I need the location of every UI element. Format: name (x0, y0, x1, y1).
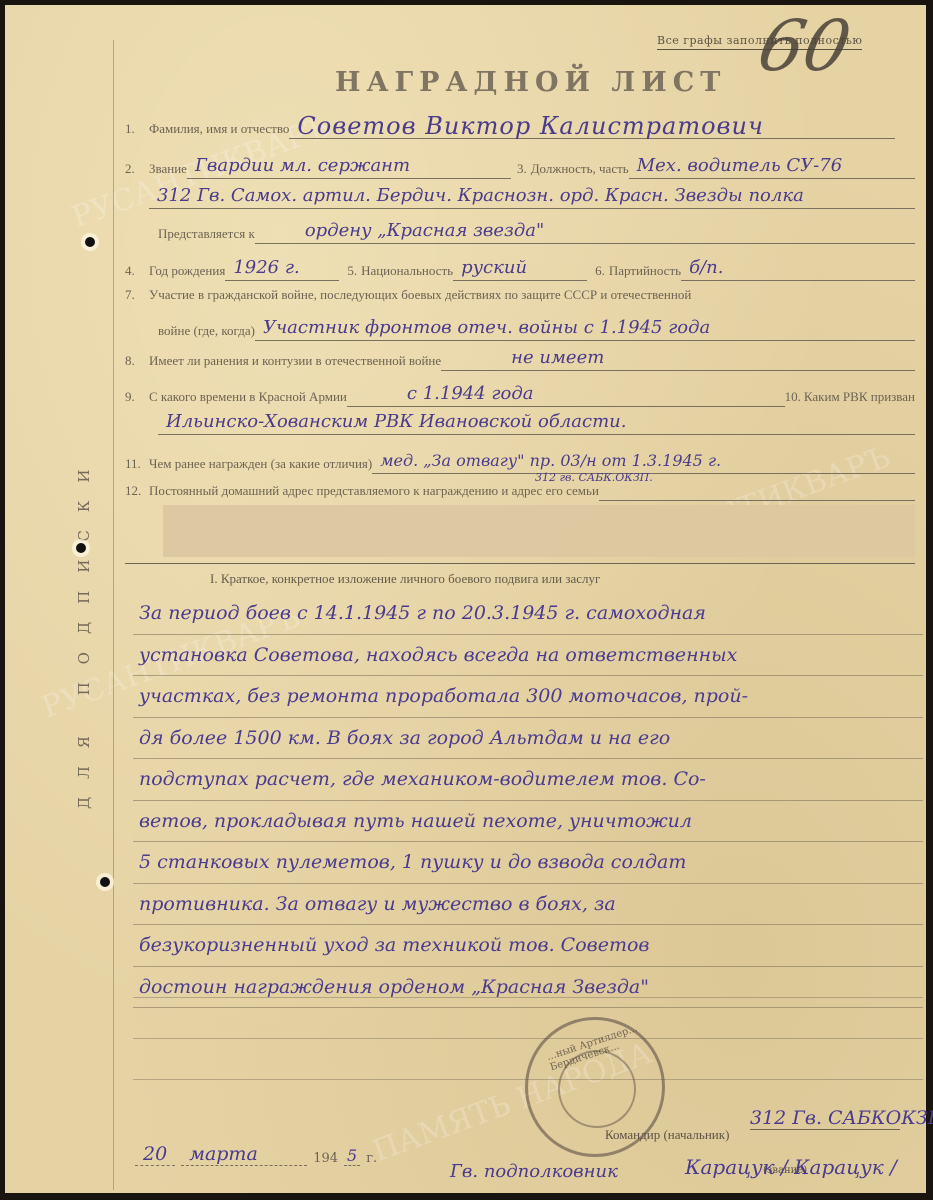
award-value: ордену „Красная звезда" (255, 220, 915, 244)
punch-hole (85, 237, 95, 247)
birth-year-value: 1926 г. (225, 257, 339, 281)
war-participation-value: Участник фронтов отеч. войны с 1.1945 го… (255, 317, 915, 341)
side-label: ДЛЯ ПОДПИСКИ (75, 305, 99, 955)
field-wounds: 8. Имеет ли ранения и контузии в отечест… (125, 347, 915, 371)
rank-value: Гвардии мл. сержант (187, 155, 511, 179)
unit-value: 312 Гв. Самох. артил. Бердич. Краснозн. … (149, 185, 915, 209)
page-number: 60 (751, 5, 858, 87)
signature-date: 20 марта 194 5 г. (135, 1143, 377, 1166)
nationality-value: руский (453, 257, 587, 281)
position-value: Мех. водитель СУ-76 (629, 155, 915, 179)
narrative-line: противника. За отвагу и мужество в боях,… (133, 884, 923, 926)
field-label: Фамилия, имя и отчество (149, 121, 289, 139)
field-rvk-cont: Ильинско-Хованским РВК Ивановской област… (158, 411, 915, 435)
commander-label: Командир (начальник) (605, 1127, 729, 1143)
section-divider (125, 563, 915, 564)
narrative-line: 5 станковых пулеметов, 1 пушку и до взво… (133, 842, 923, 884)
redacted-address-block (163, 505, 915, 557)
field-birth-nationality-party: 4. Год рождения 1926 г. 5. Национальност… (125, 257, 915, 281)
punch-hole (100, 877, 110, 887)
wounds-value: не имеет (441, 347, 915, 371)
commander-unit: 312 Гв. САБКОКЗП (750, 1107, 900, 1130)
field-war-participation-cont: войне (где, когда) Участник фронтов отеч… (158, 317, 915, 341)
document-title: НАГРАДНОЙ ЛИСТ (335, 67, 726, 98)
field-army-since: 9. С какого времени в Красной Армии с 1.… (125, 383, 915, 407)
rvk-value: Ильинско-Хованским РВК Ивановской област… (158, 411, 915, 435)
party-value: б/п. (681, 257, 915, 281)
blank-ruled-lines (133, 957, 923, 1080)
narrative-line: установка Советова, находясь всегда на о… (133, 635, 923, 677)
field-position-continued: 312 Гв. Самох. артил. Бердич. Краснозн. … (149, 185, 915, 209)
date-day: 20 (135, 1143, 175, 1166)
narrative-line: участках, без ремонта проработала 300 мо… (133, 676, 923, 718)
field-presented-to: Представляется к ордену „Красная звезда" (158, 220, 915, 244)
field-home-address: 12. Постоянный домашний адрес представля… (125, 483, 915, 501)
field-rank-position: 2. Звание Гвардии мл. сержант 3. Должнос… (125, 155, 915, 179)
narrative-line: подступах расчет, где механиком-водителе… (133, 759, 923, 801)
field-full-name: 1. Фамилия, имя и отчество Советов Викто… (125, 115, 895, 139)
army-since-value: с 1.1944 года (347, 383, 785, 407)
narrative-line: За период боев с 14.1.1945 г по 20.3.194… (133, 593, 923, 635)
full-name-value: Советов Виктор Калистратович (289, 115, 895, 139)
narrative-heading: I. Краткое, конкретное изложение личного… (210, 571, 600, 587)
narrative-text: За период боев с 14.1.1945 г по 20.3.194… (133, 593, 923, 1008)
home-address-value (599, 499, 915, 501)
narrative-line: ветов, прокладывая путь нашей пехоте, ун… (133, 801, 923, 843)
narrative-line: дя более 1500 км. В боях за город Альтда… (133, 718, 923, 760)
date-year: 5 (344, 1146, 360, 1166)
margin-line (113, 40, 114, 1190)
punch-hole (76, 543, 86, 553)
commander-rank: Гв. подполковник (450, 1161, 618, 1182)
award-sheet: РУСАНТИКВАРЪ РУСАНТИКВАРЪ РУСАНТИКВАРЪ П… (5, 5, 926, 1193)
field-war-participation: 7. Участие в гражданской войне, последую… (125, 287, 915, 305)
date-month: марта (181, 1143, 307, 1166)
field-previous-awards: 11. Чем ранее награжден (за какие отличи… (125, 450, 915, 474)
commander-signature: Карацук / Карацук / (685, 1155, 897, 1179)
